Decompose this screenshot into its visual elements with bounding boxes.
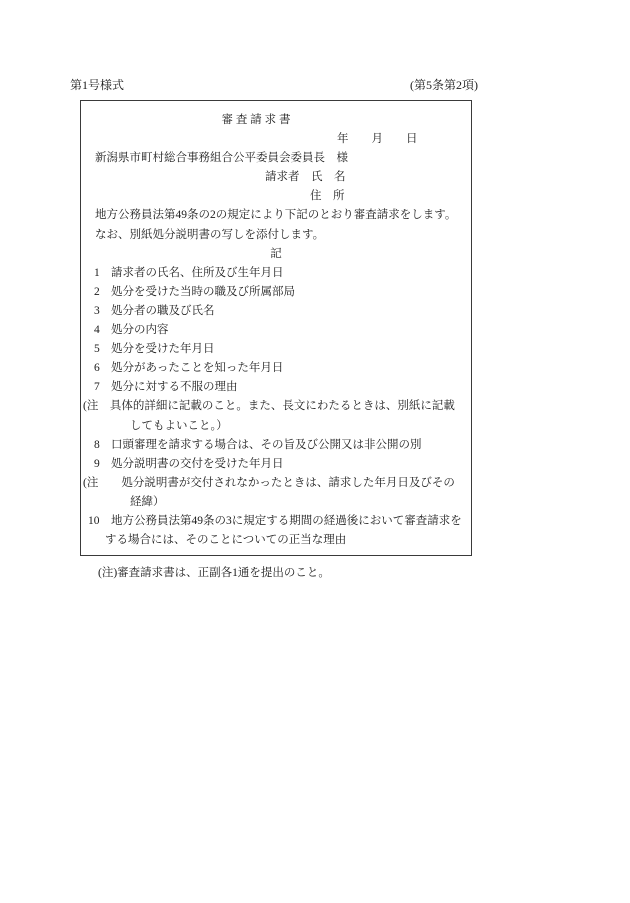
list-item-6: 6処分があったことを知った年月日 (81, 359, 471, 378)
item-number: 10 (88, 512, 111, 531)
addressee-line: 新潟県市町村総合事務組合公平委員会委員長 様 (81, 149, 471, 168)
form-box: 審 査 請 求 書 年 月 日 新潟県市町村総合事務組合公平委員会委員長 様 請… (80, 100, 472, 556)
document-title: 審 査 請 求 書 (81, 111, 471, 130)
footer-note: (注)審査請求書は、正副各1通を提出のこと。 (98, 566, 330, 581)
item-text: 請求者の氏名、住所及び生年月日 (111, 267, 284, 279)
date-line: 年 月 日 (81, 130, 471, 149)
form-number: 第1号様式 (70, 78, 124, 93)
requester-name-line: 請求者 氏 名 (81, 168, 471, 187)
item-text: 処分の内容 (111, 324, 169, 336)
item-text: 処分を受けた年月日 (111, 343, 215, 355)
item-number: 5 (94, 340, 111, 359)
list-item-10: 10地方公務員法第49条の3に規定する期間の経過後において審査請求を (81, 512, 471, 531)
list-item-5: 5処分を受けた年月日 (81, 340, 471, 359)
note-1-line-1: (注 具体的詳細に記載のこと。また、長文にわたるときは、別紙に記載 (81, 397, 471, 416)
item-text: 処分者の職及び氏名 (111, 305, 215, 317)
item-number: 7 (94, 378, 111, 397)
item-number: 4 (94, 321, 111, 340)
list-item-2: 2処分を受けた当時の職及び所属部局 (81, 283, 471, 302)
intro-line-1: 地方公務員法第49条の2の規定により下記のとおり審査請求をします。 (81, 206, 471, 225)
item-number: 9 (94, 455, 111, 474)
section-marker: 記 (81, 245, 471, 264)
requester-address-line: 住 所 (81, 187, 471, 206)
form-reference: (第5条第2項) (410, 78, 478, 93)
list-item-8: 8口頭審理を請求する場合は、その旨及び公開又は非公開の別 (81, 436, 471, 455)
item-text: 地方公務員法第49条の3に規定する期間の経過後において審査請求を (111, 515, 462, 527)
list-item-9: 9処分説明書の交付を受けた年月日 (81, 455, 471, 474)
note-1-line-2: してもよいこと。） (81, 417, 471, 436)
item-text: 処分を受けた当時の職及び所属部局 (111, 286, 295, 298)
item-number: 8 (94, 436, 111, 455)
list-item-10-line-2: する場合には、そのことについての正当な理由 (81, 531, 471, 550)
item-text: 口頭審理を請求する場合は、その旨及び公開又は非公開の別 (111, 439, 422, 451)
form-header: 第1号様式 (第5条第2項) (70, 78, 478, 93)
list-item-3: 3処分者の職及び氏名 (81, 302, 471, 321)
item-text: 処分説明書の交付を受けた年月日 (111, 458, 284, 470)
list-item-7: 7処分に対する不服の理由 (81, 378, 471, 397)
list-item-1: 1請求者の氏名、住所及び生年月日 (81, 264, 471, 283)
item-text: 処分があったことを知った年月日 (111, 362, 283, 374)
item-number: 2 (94, 283, 111, 302)
document-page: 第1号様式 (第5条第2項) 審 査 請 求 書 年 月 日 新潟県市町村総合事… (0, 0, 630, 903)
item-text: 処分に対する不服の理由 (111, 381, 238, 393)
item-number: 1 (94, 264, 111, 283)
item-number: 3 (94, 302, 111, 321)
intro-line-2: なお、別紙処分説明書の写しを添付します。 (81, 226, 471, 245)
note-2-line-2: 経緯） (81, 493, 471, 512)
list-item-4: 4処分の内容 (81, 321, 471, 340)
item-number: 6 (94, 359, 111, 378)
note-2-line-1: (注 処分説明書が交付されなかったときは、請求した年月日及びその (81, 474, 471, 493)
